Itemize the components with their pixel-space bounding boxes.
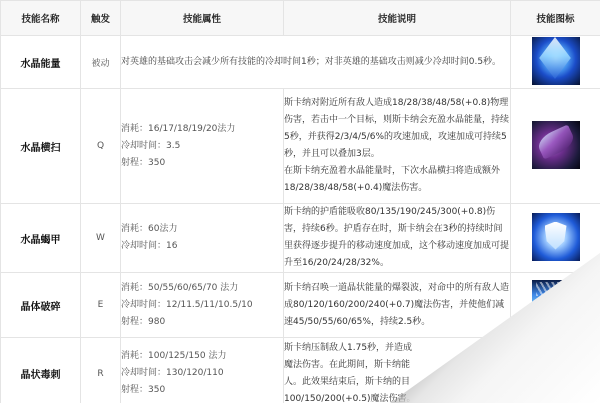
description-line: 人。此效果结束后，斯卡纳的目 — [284, 374, 510, 391]
skill-attributes: 消耗：50/55/60/65/70 法力 冷却时间：12/11.5/11/10.… — [121, 273, 284, 338]
attr-cost: 消耗：60法力 — [121, 221, 283, 238]
header-attributes: 技能属性 — [121, 1, 284, 36]
description-paragraph: 在斯卡纳充盈着水晶能量时，下次水晶横扫将造成额外18/28/38/48/58(+… — [284, 163, 510, 197]
skill-trigger: 被动 — [81, 36, 121, 89]
crystal-slash-icon — [532, 121, 580, 169]
attr-cooldown: 冷却时间：12/11.5/11/10.5/10 — [121, 297, 283, 314]
skill-attributes: 消耗：60法力 冷却时间：16 — [121, 204, 284, 273]
description-line: 100/150/200(+0.5)魔法伤害。 — [284, 391, 510, 403]
skill-description: 斯卡纳召唤一道晶状能量的爆裂波，对命中的所有敌人造成80/120/160/200… — [284, 273, 511, 338]
table-row: 水晶横扫 Q 消耗：16/17/18/19/20法力 冷却时间：3.5 射程：3… — [1, 89, 600, 204]
fracture-icon — [532, 280, 580, 328]
header-icon: 技能图标 — [511, 1, 600, 36]
skill-name: 晶体破碎 — [1, 273, 81, 338]
attr-cooldown: 冷却时间：16 — [121, 238, 283, 255]
skill-trigger: R — [81, 338, 121, 403]
attr-cost: 消耗：16/17/18/19/20法力 — [121, 121, 283, 138]
description-line: 魔法伤害。在此期间，斯卡纳能 — [284, 357, 510, 374]
table-row: 水晶能量 被动 对英雄的基础攻击会减少所有技能的冷却时间1秒；对非英雄的基础攻击… — [1, 36, 600, 89]
skill-trigger: E — [81, 273, 121, 338]
skill-trigger: Q — [81, 89, 121, 204]
header-description: 技能说明 — [284, 1, 511, 36]
skill-name: 水晶横扫 — [1, 89, 81, 204]
skill-attributes: 消耗：100/125/150 法力 冷却时间：130/120/110 射程：35… — [121, 338, 284, 403]
description-paragraph: 斯卡纳的护盾能吸收80/135/190/245/300(+0.8)伤害，持续6秒… — [284, 204, 510, 272]
header-skill-name: 技能名称 — [1, 1, 81, 36]
attr-cooldown: 冷却时间：3.5 — [121, 138, 283, 155]
table-header-row: 技能名称 触发 技能属性 技能说明 技能图标 — [1, 1, 600, 36]
skill-attributes: 消耗：16/17/18/19/20法力 冷却时间：3.5 射程：350 — [121, 89, 284, 204]
attr-range: 射程：350 — [121, 155, 283, 172]
skill-name: 晶状毒刺 — [1, 338, 81, 403]
header-trigger: 触发 — [81, 1, 121, 36]
skill-name: 水晶能量 — [1, 36, 81, 89]
description-line: 斯卡纳压制敌人1.75秒，并造成 — [284, 340, 510, 357]
attr-cooldown: 冷却时间：130/120/110 — [121, 365, 283, 382]
attr-range: 射程：980 — [121, 314, 283, 331]
skill-name: 水晶蝎甲 — [1, 204, 81, 273]
skill-description: 斯卡纳的护盾能吸收80/135/190/245/300(+0.8)伤害，持续6秒… — [284, 204, 511, 273]
table-row: 晶体破碎 E 消耗：50/55/60/65/70 法力 冷却时间：12/11.5… — [1, 273, 600, 338]
skills-table: 技能名称 触发 技能属性 技能说明 技能图标 水晶能量 被动 对英雄的基础攻击会… — [0, 0, 600, 403]
table-row: 晶状毒刺 R 消耗：100/125/150 法力 冷却时间：130/120/11… — [1, 338, 600, 403]
skill-description: 斯卡纳对附近所有敌人造成18/28/38/48/58(+0.8)物理伤害，若击中… — [284, 89, 511, 204]
table-row: 水晶蝎甲 W 消耗：60法力 冷却时间：16 斯卡纳的护盾能吸收80/135/1… — [1, 204, 600, 273]
skill-passive-description: 对英雄的基础攻击会减少所有技能的冷却时间1秒；对非英雄的基础攻击则减少冷却时间0… — [121, 36, 511, 89]
description-paragraph: 斯卡纳召唤一道晶状能量的爆裂波，对命中的所有敌人造成80/120/160/200… — [284, 280, 510, 331]
crystal-prism-icon — [532, 37, 580, 85]
attr-cost: 消耗：100/125/150 法力 — [121, 348, 283, 365]
attr-cost: 消耗：50/55/60/65/70 法力 — [121, 280, 283, 297]
crystalline-exoskeleton-icon — [532, 213, 580, 261]
skill-description: 斯卡纳压制敌人1.75秒，并造成 魔法伤害。在此期间，斯卡纳能 人。此效果结束后… — [284, 338, 511, 403]
attr-range: 射程：350 — [121, 382, 283, 399]
skill-trigger: W — [81, 204, 121, 273]
description-paragraph: 斯卡纳对附近所有敌人造成18/28/38/48/58(+0.8)物理伤害，若击中… — [284, 95, 510, 163]
